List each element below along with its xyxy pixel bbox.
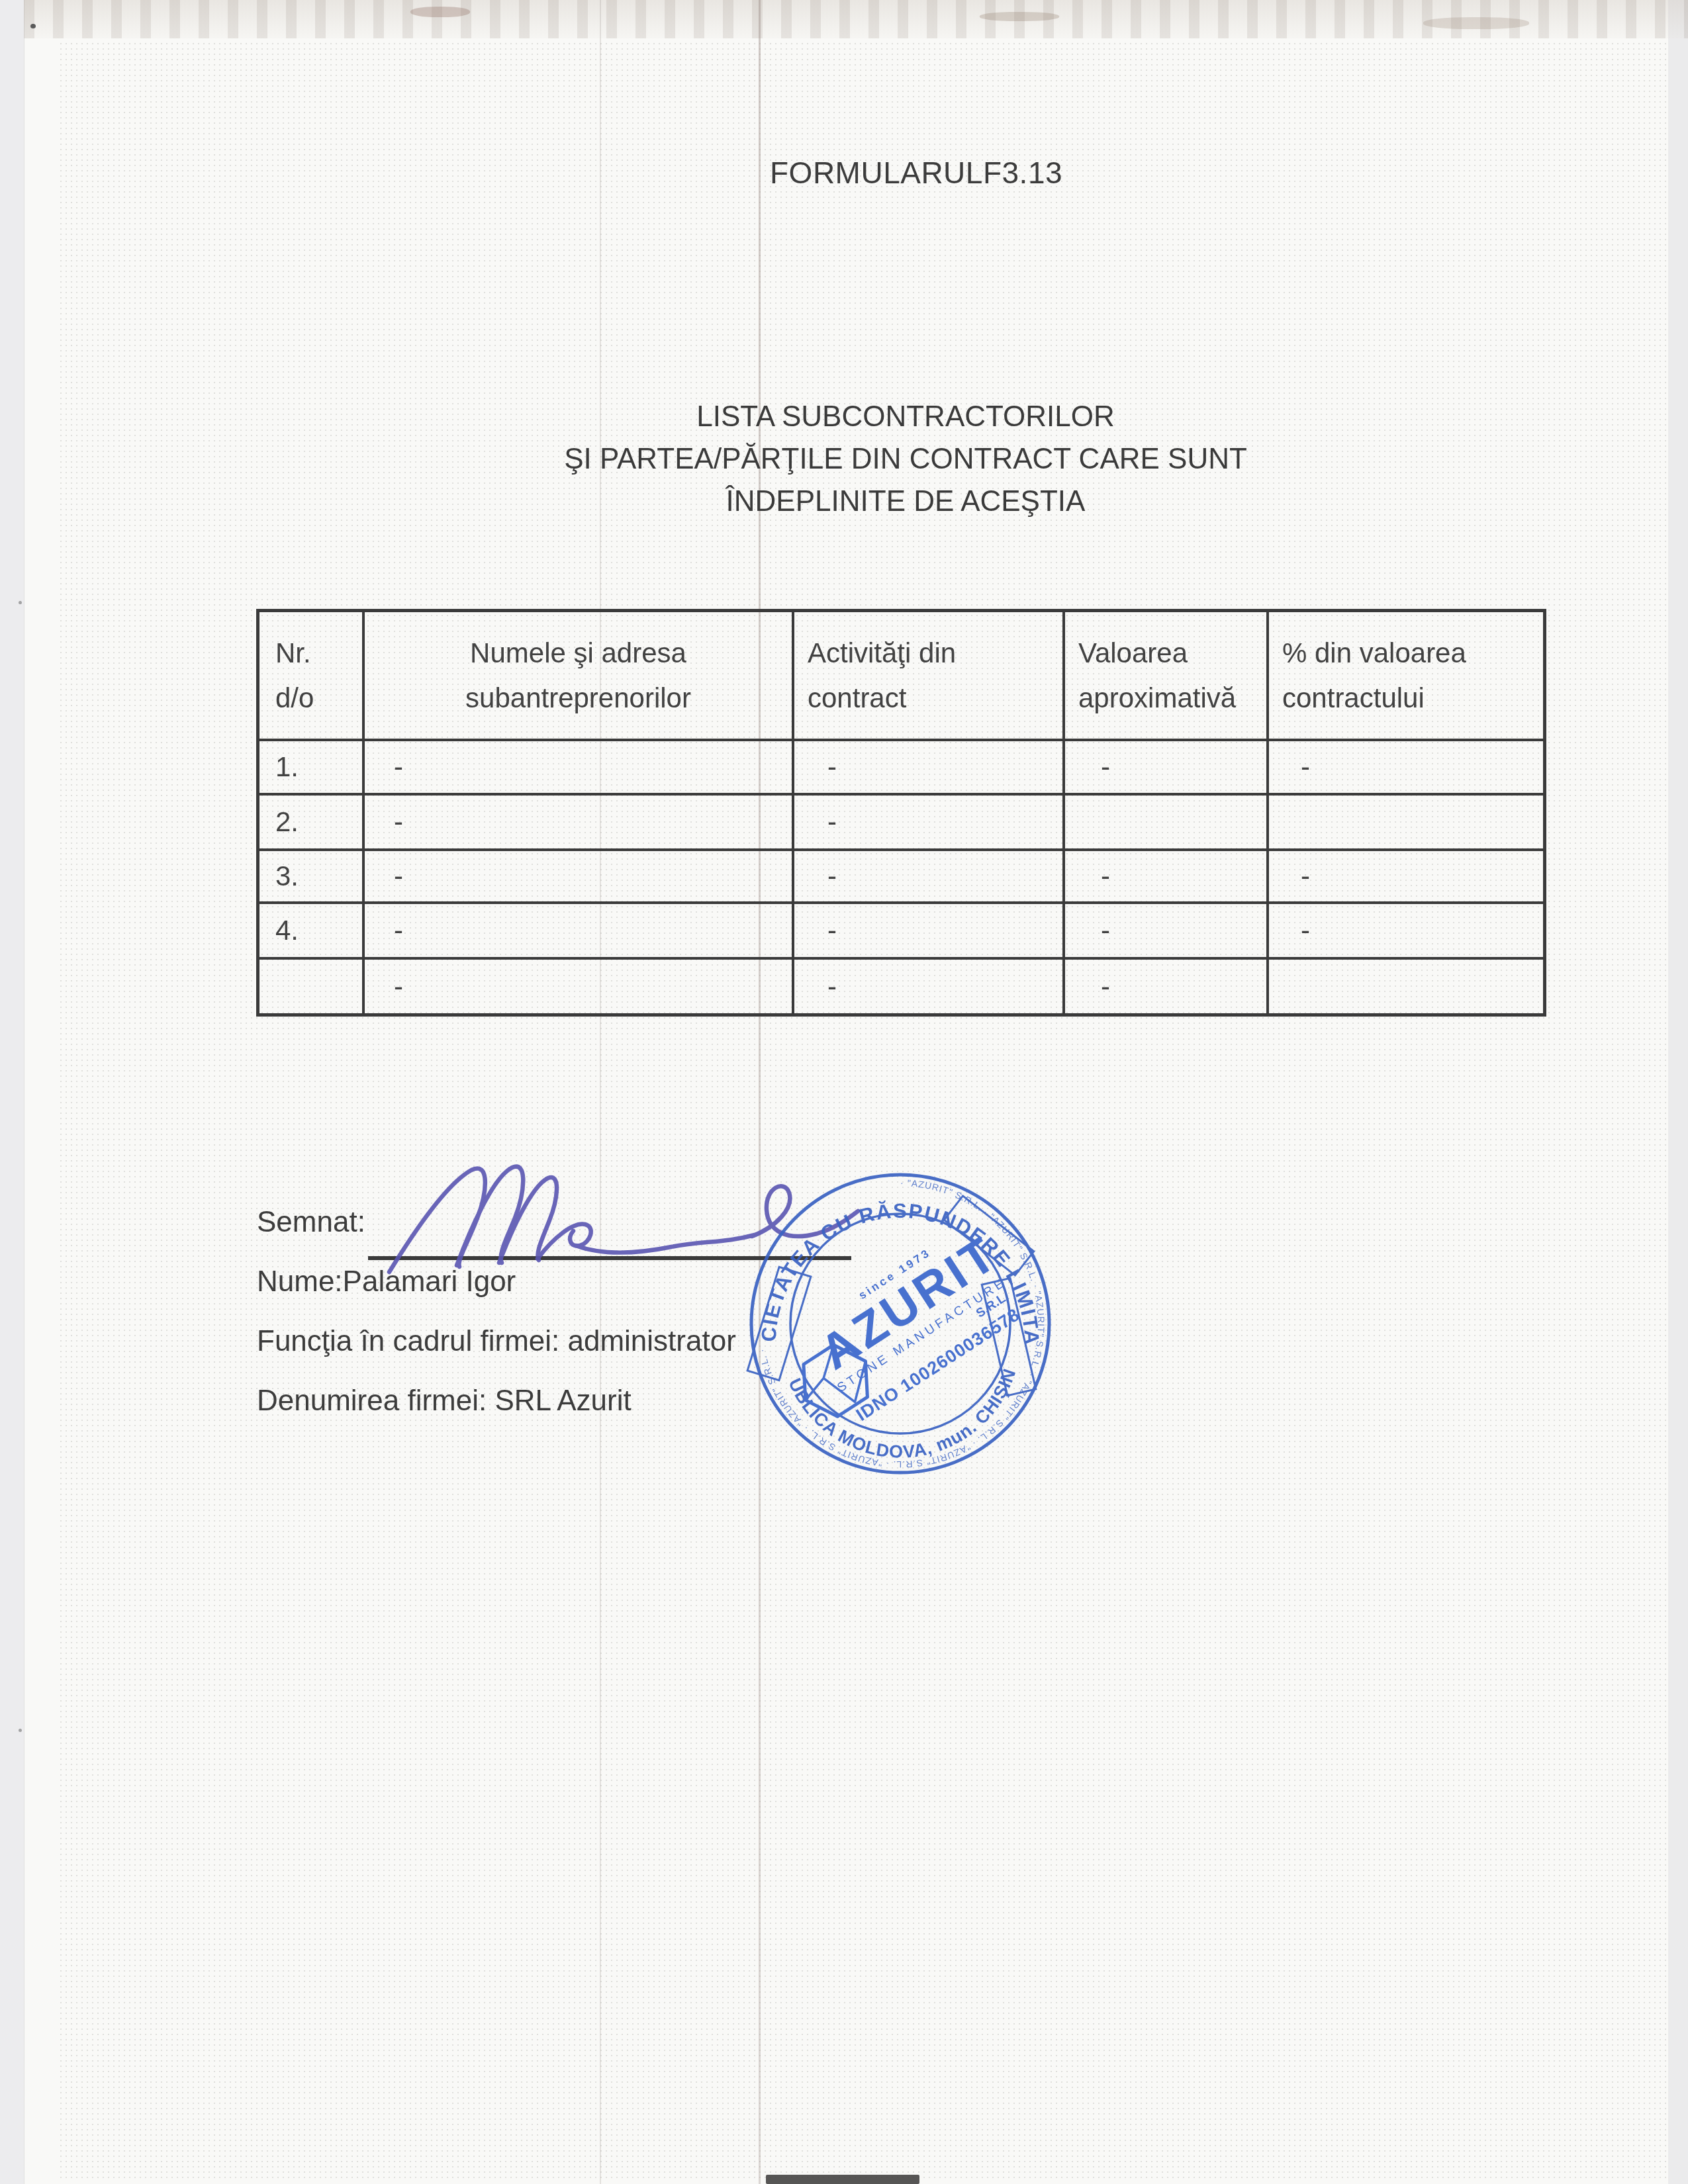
name-line: Nume:Palamari Igor — [257, 1265, 516, 1298]
table-header-percent: % din valoarea contractului — [1269, 612, 1546, 741]
scanned-document-page: FORMULARULF3.13 LISTA SUBCONTRACTORILOR … — [0, 0, 1688, 2184]
table-row-1-nr: 1. — [259, 741, 365, 796]
scan-speck — [19, 601, 22, 604]
signed-label: Semnat: — [257, 1206, 365, 1239]
page-crease-line — [600, 0, 601, 2184]
header-line: Nr. — [275, 631, 362, 676]
scan-bottom-artifact — [766, 2175, 919, 2184]
table-row-1-value: - — [1065, 741, 1269, 796]
form-code-title: FORMULARULF3.13 — [770, 155, 1062, 191]
scan-top-blotch — [410, 7, 470, 17]
table-row-2-nr: 2. — [259, 796, 365, 851]
table-row-3-nr: 3. — [259, 851, 365, 904]
table-header-activity: Activităţi din contract — [794, 612, 1065, 741]
subcontractors-table: Nr. d/o Numele şi adresa subantreprenori… — [256, 609, 1546, 1017]
company-line: Denumirea firmei: SRL Azurit — [257, 1385, 632, 1418]
header-line: contract — [808, 676, 1062, 721]
header-line: subantreprenorilor — [365, 676, 792, 721]
table-row-1-percent: - — [1269, 741, 1546, 796]
heading-line-3: ÎNDEPLINITE DE ACEŞTIA — [522, 480, 1289, 523]
scan-right-edge — [1668, 0, 1688, 2184]
table-row-4-value: - — [1065, 904, 1269, 960]
table-row-3-percent: - — [1269, 851, 1546, 904]
paper-halftone-texture — [58, 41, 1668, 2179]
header-line: Activităţi din — [808, 631, 1062, 676]
table-row-5-activity: - — [794, 960, 1065, 1013]
scan-top-blotch — [980, 12, 1059, 21]
position-line: Funcţia în cadrul firmei: administrator — [257, 1325, 736, 1358]
header-line: d/o — [275, 676, 362, 721]
table-row-5-nr — [259, 960, 365, 1013]
table-row-4-percent: - — [1269, 904, 1546, 960]
heading-line-1: LISTA SUBCONTRACTORILOR — [522, 396, 1289, 438]
scan-speck — [19, 1729, 22, 1732]
scan-top-blotch — [1423, 17, 1529, 29]
scan-speck — [30, 24, 36, 28]
company-stamp: · "AZURIT" S.R.L. · "AZURIT" S.R.L. · "A… — [745, 1169, 1055, 1479]
table-row-2-percent — [1269, 796, 1546, 851]
page-fold-line — [759, 0, 761, 2184]
table-row-4-name: - — [365, 904, 794, 960]
table-row-3-value: - — [1065, 851, 1269, 904]
scan-left-edge — [0, 0, 24, 2184]
table-row-3-name: - — [365, 851, 794, 904]
table-row-1-name: - — [365, 741, 794, 796]
header-line: % din valoarea — [1282, 631, 1546, 676]
table-header-nr: Nr. d/o — [259, 612, 365, 741]
header-line: Valoarea — [1078, 631, 1266, 676]
table-header-name: Numele şi adresa subantreprenorilor — [365, 612, 794, 741]
header-line: contractului — [1282, 676, 1546, 721]
table-row-2-name: - — [365, 796, 794, 851]
table-row-3-activity: - — [794, 851, 1065, 904]
table-row-2-value — [1065, 796, 1269, 851]
document-heading: LISTA SUBCONTRACTORILOR ŞI PARTEA/PĂRŢIL… — [522, 396, 1289, 523]
table-row-4-nr: 4. — [259, 904, 365, 960]
header-line: aproximativă — [1078, 676, 1266, 721]
table-row-5-percent — [1269, 960, 1546, 1013]
table-row-5-value: - — [1065, 960, 1269, 1013]
table-header-value: Valoarea aproximativă — [1065, 612, 1269, 741]
table-row-2-activity: - — [794, 796, 1065, 851]
table-row-4-activity: - — [794, 904, 1065, 960]
table-row-5-name: - — [365, 960, 794, 1013]
table-row-1-activity: - — [794, 741, 1065, 796]
header-line: Numele şi adresa — [365, 631, 792, 676]
heading-line-2: ŞI PARTEA/PĂRŢILE DIN CONTRACT CARE SUNT — [522, 438, 1289, 480]
